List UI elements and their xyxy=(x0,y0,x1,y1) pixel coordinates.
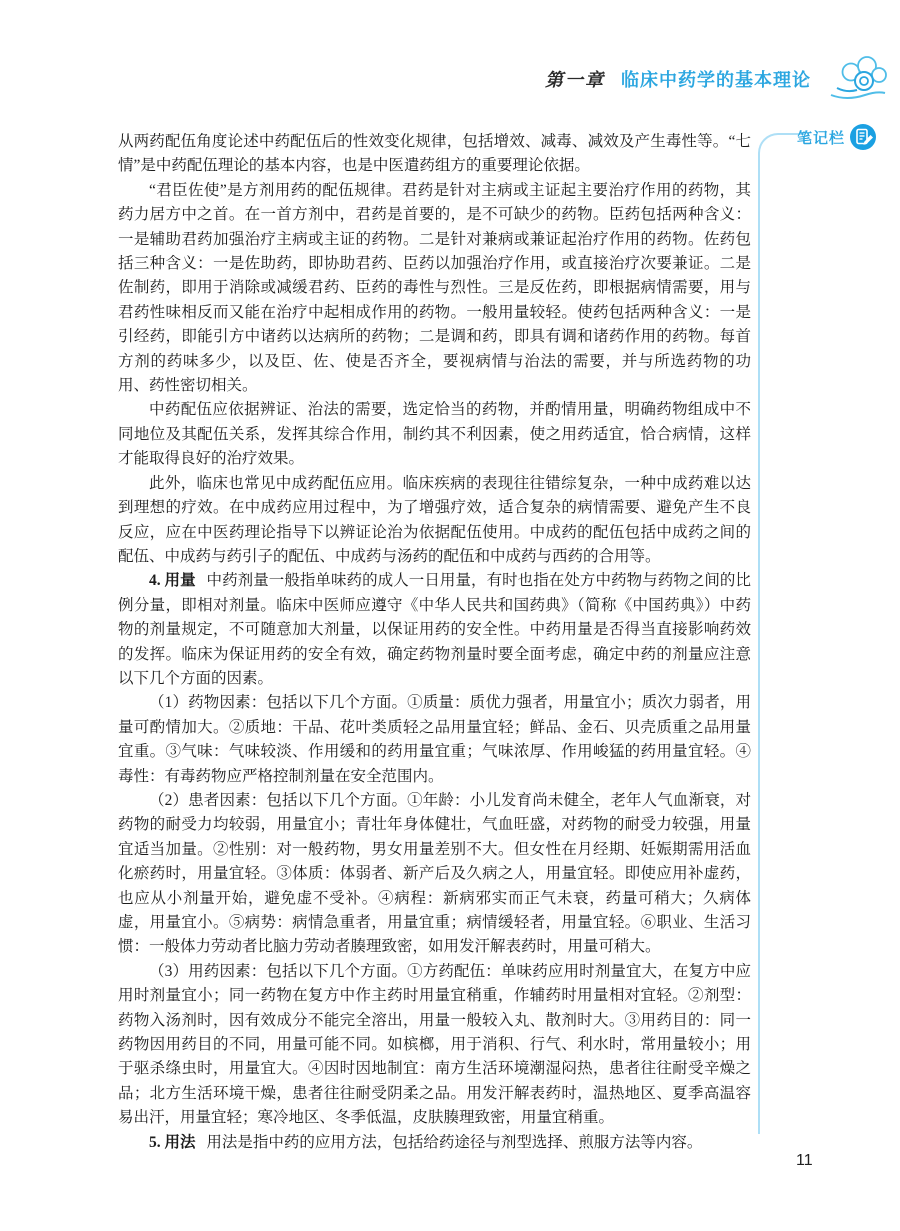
paragraph: （1）药物因素：包括以下几个方面。①质量：质优力强者，用量宜小；质次力弱者，用量… xyxy=(118,691,751,789)
chapter-header: 第一章 临床中药学的基本理论 xyxy=(545,58,889,100)
chapter-title: 临床中药学的基本理论 xyxy=(621,66,811,92)
paragraph-text: 中药配伍应依据辨证、治法的需要，选定恰当的药物，并酌情用量，明确药物组成中不同地… xyxy=(118,401,751,467)
notes-label-text: 笔记栏 xyxy=(797,127,845,148)
paragraph: 中药配伍应依据辨证、治法的需要，选定恰当的药物，并酌情用量，明确药物组成中不同地… xyxy=(118,398,751,471)
textbook-page: 第一章 临床中药学的基本理论 笔记栏 从两药配伍角度论述中药配伍后的性效变化规律… xyxy=(0,0,900,1231)
paragraph-text: “君臣佐使”是方剂用药的配伍规律。君药是针对主病或主证起主要治疗作用的药物，其药… xyxy=(118,182,751,394)
paragraph: “君臣佐使”是方剂用药的配伍规律。君药是针对主病或主证起主要治疗作用的药物，其药… xyxy=(118,179,751,399)
paragraph: 4. 用量中药剂量一般指单味药的成人一日用量，有时也指在处方中药物与药物之间的比… xyxy=(118,569,751,691)
paragraph-text: （2）患者因素：包括以下几个方面。①年龄：小儿发育尚未健全，老年人气血渐衰，对药… xyxy=(118,792,751,955)
paragraph-text: 此外，临床也常见中成药配伍应用。临床疾病的表现往往错综复杂，一种中成药难以达到理… xyxy=(118,475,751,565)
paragraph-text: （1）药物因素：包括以下几个方面。①质量：质优力强者，用量宜小；质次力弱者，用量… xyxy=(118,694,751,784)
paragraph: 此外，临床也常见中成药配伍应用。临床疾病的表现往往错综复杂，一种中成药难以达到理… xyxy=(118,472,751,570)
notes-column-line xyxy=(758,133,804,1134)
notes-column-label: 笔记栏 xyxy=(797,123,877,151)
paragraph-text: （3）用药因素：包括以下几个方面。①方药配伍：单味药应用时剂量宜大，在复方中应用… xyxy=(118,963,751,1126)
chapter-number: 第一章 xyxy=(545,66,605,92)
paragraph-label: 4. 用量 xyxy=(149,572,196,589)
paragraph-text: 中药剂量一般指单味药的成人一日用量，有时也指在处方中药物与药物之间的比例分量，即… xyxy=(118,572,751,687)
body-text: 从两药配伍角度论述中药配伍后的性效变化规律，包括增效、减毒、减效及产生毒性等。“… xyxy=(118,130,751,1155)
paragraph-label: 5. 用法 xyxy=(149,1134,196,1151)
paragraph: 5. 用法用法是指中药的应用方法，包括给药途径与剂型选择、煎服方法等内容。 xyxy=(118,1131,751,1155)
paragraph: 从两药配伍角度论述中药配伍后的性效变化规律，包括增效、减毒、减效及产生毒性等。“… xyxy=(118,130,751,179)
paragraph-text: 从两药配伍角度论述中药配伍后的性效变化规律，包括增效、减毒、减效及产生毒性等。“… xyxy=(118,133,751,174)
paragraph: （3）用药因素：包括以下几个方面。①方药配伍：单味药应用时剂量宜大，在复方中应用… xyxy=(118,960,751,1131)
paragraph-text: 用法是指中药的应用方法，包括给药途径与剂型选择、煎服方法等内容。 xyxy=(206,1134,702,1151)
notes-icon xyxy=(849,123,877,151)
paragraph: （2）患者因素：包括以下几个方面。①年龄：小儿发育尚未健全，老年人气血渐衰，对药… xyxy=(118,789,751,960)
page-number: 11 xyxy=(796,1152,813,1170)
cloud-decoration-icon xyxy=(827,55,889,103)
